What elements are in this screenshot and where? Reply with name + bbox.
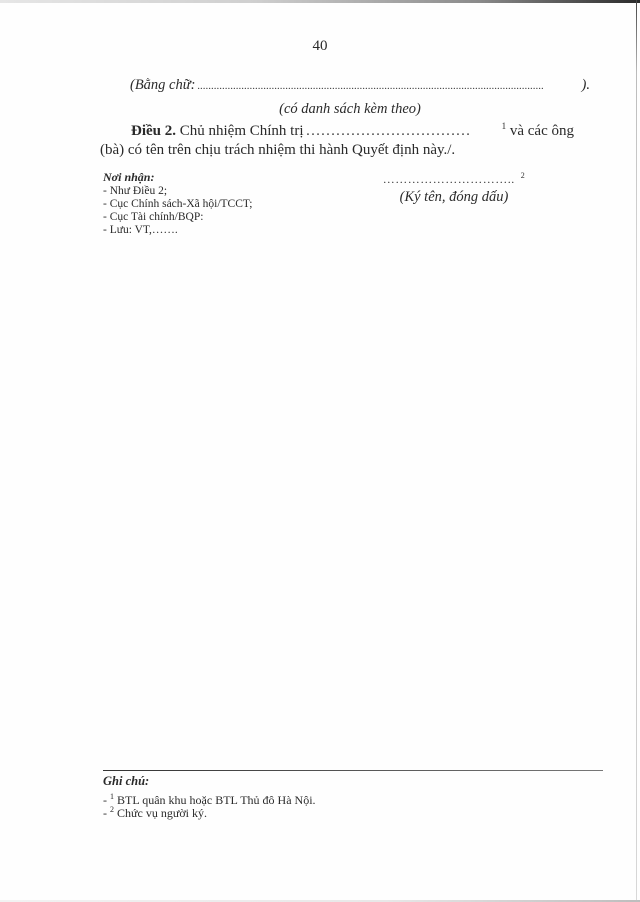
article-2-tail: 1 và các ông <box>471 122 574 141</box>
recipient-item: - Như Điều 2; <box>103 185 252 198</box>
note-item: - 2 Chức vụ người ký. <box>103 807 316 820</box>
recipient-item: - Cục Chính sách-Xã hội/TCCT; <box>103 198 252 211</box>
article-2: Điều 2. Chủ nhiệm Chính trị ………………………………… <box>100 122 574 160</box>
amount-in-words-close: ). <box>582 77 590 95</box>
amount-in-words-blank: ........................................… <box>197 77 579 95</box>
article-2-text-before: Chủ nhiệm Chính trị <box>180 123 304 139</box>
signer-title-dots: ………………………….. <box>383 172 515 186</box>
recipients-block: Nơi nhận: - Như Điều 2; - Cục Chính sách… <box>103 171 252 237</box>
notes-title: Ghi chú: <box>103 775 316 788</box>
page-number: 40 <box>0 38 640 55</box>
footnote-ref-1: 1 <box>502 121 507 131</box>
recipients-title: Nơi nhận: <box>103 171 252 184</box>
amount-in-words-line: (Bằng chữ: .............................… <box>130 77 590 95</box>
article-2-text-after: và các ông <box>510 123 574 139</box>
signature-label: (Ký tên, đóng dấu) <box>354 189 554 206</box>
article-2-line-2: (bà) có tên trên chịu trách nhiệm thi hà… <box>100 141 574 160</box>
note-text: BTL quân khu hoặc BTL Thủ đô Hà Nội. <box>114 793 316 807</box>
attached-list-note: (có danh sách kèm theo) <box>0 101 640 118</box>
signature-block: …………………………..2 (Ký tên, đóng dấu) <box>354 172 554 206</box>
signer-title-blank: …………………………..2 <box>354 172 554 187</box>
amount-in-words-label: (Bằng chữ: <box>130 77 195 95</box>
article-2-blank: …………………………………………………… <box>306 122 469 141</box>
note-prefix: - <box>103 806 110 820</box>
article-2-intro: Điều 2. Chủ nhiệm Chính trị <box>100 122 304 141</box>
footnote-ref-2: 2 <box>521 171 526 180</box>
footnote-separator <box>103 770 603 771</box>
document-page: 40 (Bằng chữ: ..........................… <box>0 0 640 902</box>
recipient-item: - Lưu: VT,……. <box>103 224 252 237</box>
note-prefix: - <box>103 793 110 807</box>
page-top-edge <box>0 0 640 3</box>
notes-block: Ghi chú: - 1 BTL quân khu hoặc BTL Thủ đ… <box>103 775 316 820</box>
note-text: Chức vụ người ký. <box>114 806 207 820</box>
page-right-edge <box>636 0 637 902</box>
recipient-item: - Cục Tài chính/BQP: <box>103 211 252 224</box>
article-2-line-1: Điều 2. Chủ nhiệm Chính trị ………………………………… <box>100 122 574 141</box>
article-2-label: Điều 2. <box>131 123 176 139</box>
